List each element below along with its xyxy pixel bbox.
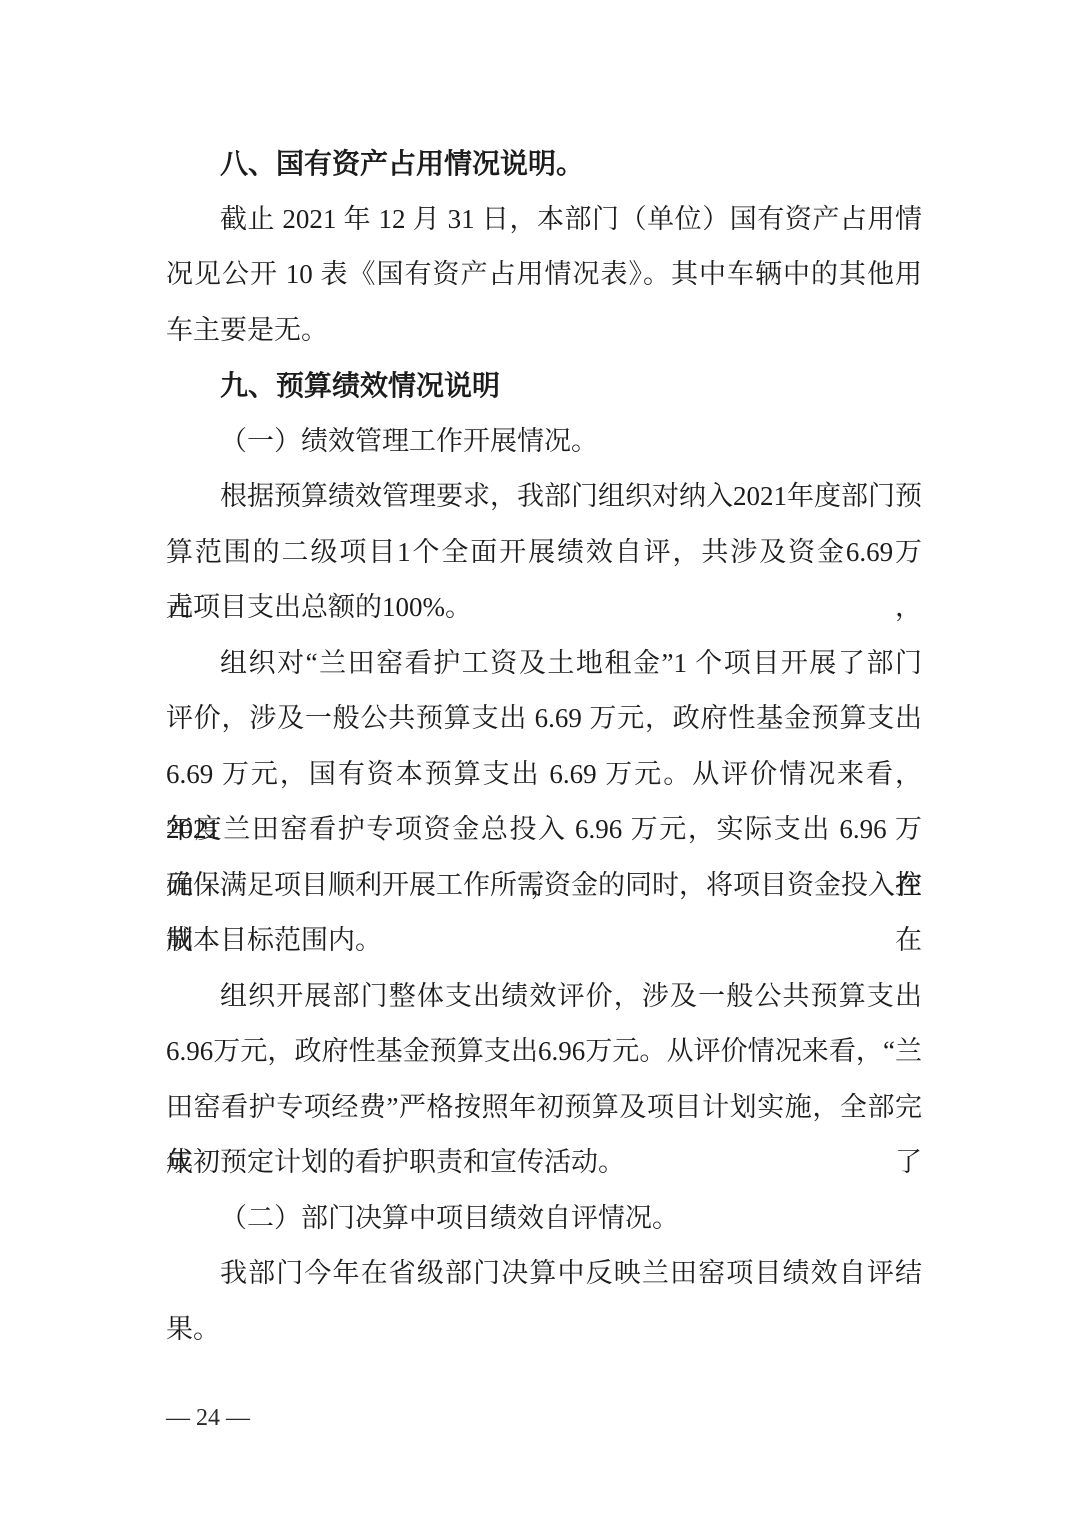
paragraph-line: 确保满足项目顺利开展工作所需资金的同时，将项目资金投入控制在 (166, 858, 922, 914)
section-heading: 九、预算绩效情况说明 (166, 358, 922, 414)
paragraph-line: 6.69 万元，国有资本预算支出 6.69 万元。从评价情况来看，2021 (166, 747, 922, 803)
document-body: 八、国有资产占用情况说明。截止 2021 年 12 月 31 日，本部门（单位）… (166, 136, 922, 1357)
paragraph-line: 年度兰田窑看护专项资金总投入 6.96 万元，实际支出 6.96 万元，在 (166, 802, 922, 858)
paragraph-line: 6.96万元，政府性基金预算支出6.96万元。从评价情况来看，“兰 (166, 1024, 922, 1080)
paragraph-line: 况见公开 10 表《国有资产占用情况表》。其中车辆中的其他用 (166, 247, 922, 303)
document-page: 八、国有资产占用情况说明。截止 2021 年 12 月 31 日，本部门（单位）… (0, 0, 1074, 1520)
paragraph-line: （二）部门决算中项目绩效自评情况。 (166, 1191, 922, 1247)
page-footer: — 24 — (166, 1398, 250, 1438)
paragraph-line: 评价，涉及一般公共预算支出 6.69 万元，政府性基金预算支出 (166, 691, 922, 747)
paragraph-line: 根据预算绩效管理要求，我部门组织对纳入2021年度部门预 (166, 469, 922, 525)
section-heading: 八、国有资产占用情况说明。 (166, 136, 922, 192)
paragraph-line: 组织对“兰田窑看护工资及土地租金”1 个项目开展了部门 (166, 636, 922, 692)
paragraph-line: 组织开展部门整体支出绩效评价，涉及一般公共预算支出 (166, 969, 922, 1025)
page-number: — 24 — (166, 1405, 250, 1431)
paragraph-line: 果。 (166, 1302, 922, 1358)
paragraph-line: 田窑看护专项经费”严格按照年初预算及项目计划实施，全部完成了 (166, 1080, 922, 1136)
paragraph-line: 车主要是无。 (166, 303, 922, 359)
paragraph-line: 我部门今年在省级部门决算中反映兰田窑项目绩效自评结 (166, 1246, 922, 1302)
paragraph-line: （一）绩效管理工作开展情况。 (166, 414, 922, 470)
paragraph-line: 算范围的二级项目1个全面开展绩效自评，共涉及资金6.69万元， (166, 525, 922, 581)
paragraph-line: 截止 2021 年 12 月 31 日，本部门（单位）国有资产占用情 (166, 192, 922, 248)
